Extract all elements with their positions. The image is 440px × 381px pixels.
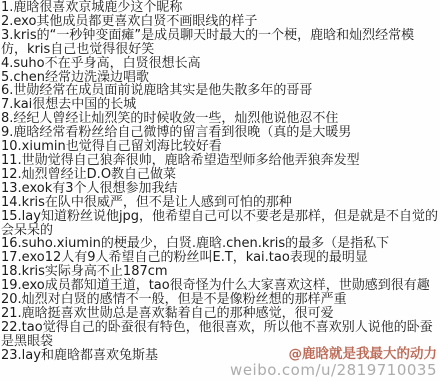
weibo-fact-list-image: 1.鹿晗很喜欢京城鹿少这个昵称2.exo其他成员都更喜欢白贤不画眼线的样子3.k… (0, 0, 440, 381)
fact-item: 20.灿烈对白贤的感情不一般，但是不是像粉丝想的那样严重 (1, 293, 439, 307)
fact-item: 12.灿烈曾经让D.O教自己做菜 (1, 168, 439, 182)
fact-item: 3.kris的“一秒钟变面瘫”是成员聊天时最大的一个梗，鹿晗和灿烈经常模仿，kr… (1, 29, 439, 57)
weibo-url-watermark: weibo.com/u/2819710035 (230, 362, 437, 379)
fact-item: 21.鹿晗挺喜欢世勋总是喜欢黏着自己的那种感觉，很可爱 (1, 307, 439, 321)
fact-item: 11.世勋觉得自己狼奔很帅，鹿晗希望造型师多给他弄狼奔发型 (1, 154, 439, 168)
fact-item: 13.exok有3个人很想参加我结 (1, 182, 439, 196)
fact-item: 4.suho不在乎身高，白贤很想长高 (1, 57, 439, 71)
fact-item: 10.xiumin也觉得自己留刘海比较好看 (1, 140, 439, 154)
fact-item: 19.exo成员都知道王道，tao很奇怪为什么大家喜欢这样，世勋感到很有趣 (1, 279, 439, 293)
fact-item: 2.exo其他成员都更喜欢白贤不画眼线的样子 (1, 15, 439, 29)
fact-item: 9.鹿晗经常看粉丝给自己微博的留言看到很晚（真的是大暖男 (1, 126, 439, 140)
fact-item: 22.tao觉得自己的卧蚕很有特色，他很喜欢，所以他不喜欢别人说他的卧蚕是黑眼袋 (1, 321, 439, 349)
fact-item: 23.lay和鹿晗都喜欢兔斯基 (1, 349, 439, 363)
fact-item: 1.鹿晗很喜欢京城鹿少这个昵称 (1, 1, 439, 15)
fact-item: 15.lay知道粉丝说他jpg，他希望自己可以不要老是那样，但是就是不自觉的会呆… (1, 210, 439, 238)
fact-item: 14.kris在队中很威严，但不是让人感到可怕的那种 (1, 196, 439, 210)
fact-list: 1.鹿晗很喜欢京城鹿少这个昵称2.exo其他成员都更喜欢白贤不画眼线的样子3.k… (1, 1, 439, 363)
